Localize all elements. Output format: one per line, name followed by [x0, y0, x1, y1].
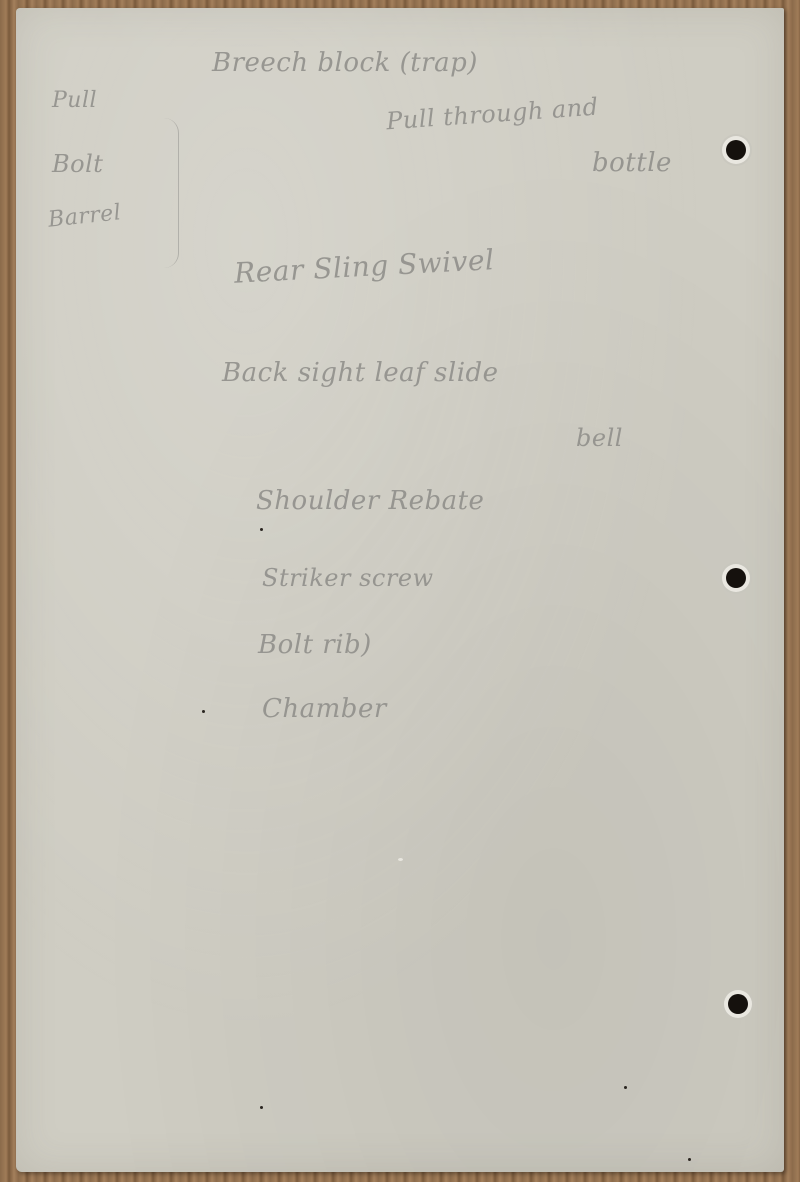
- punch-hole-bottom: [728, 994, 748, 1014]
- note-bell: bell: [576, 424, 623, 452]
- punch-hole-middle: [726, 568, 746, 588]
- note-barrel: Barrel: [47, 200, 123, 233]
- speck: [202, 710, 205, 713]
- punch-hole-top: [726, 140, 746, 160]
- note-striker: Striker screw: [262, 564, 434, 592]
- speck: [624, 1086, 627, 1089]
- note-pull-through: Pull through and: [385, 93, 599, 136]
- note-chamber: Chamber: [262, 694, 387, 724]
- note-bottle: bottle: [592, 148, 672, 178]
- speck: [398, 858, 403, 861]
- paper-card: Pull Bolt Barrel Breech block (trap) Pul…: [16, 8, 784, 1172]
- note-sling-swivel: Rear Sling Swivel: [233, 243, 495, 290]
- note-bolt: Bolt: [52, 150, 103, 178]
- note-bolt-rib: Bolt rib): [258, 630, 372, 660]
- note-breech-block: Breech block (trap): [212, 48, 478, 78]
- speck: [260, 528, 263, 531]
- speck: [688, 1158, 691, 1161]
- note-back-sight: Back sight leaf slide: [222, 358, 499, 388]
- note-pull: Pull: [52, 88, 97, 113]
- speck: [260, 1106, 263, 1109]
- note-shoulder-rebate: Shoulder Rebate: [256, 486, 484, 516]
- bracket-line: [164, 118, 179, 268]
